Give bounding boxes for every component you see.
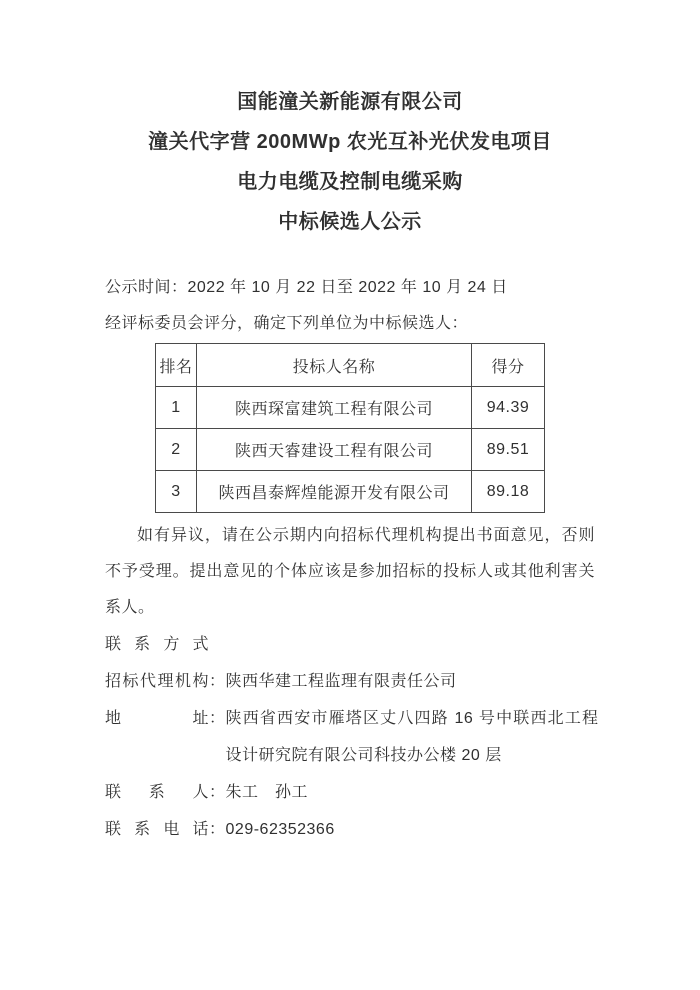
- cell-rank: 1: [156, 387, 197, 429]
- header-bidder-name: 投标人名称: [197, 344, 472, 387]
- contact-section: 联系方式 招标代理机构：陕西华建工程监理有限责任公司 地址：陕西省西安市雁塔区丈…: [105, 626, 595, 848]
- phone-row: 联系电话：029-62352366: [105, 811, 595, 848]
- address-value: 陕西省西安市雁塔区丈八四路 16 号中联西北工程设计研究院有限公司科技办公楼 2…: [226, 700, 599, 774]
- agency-value: 陕西华建工程监理有限责任公司: [226, 663, 457, 700]
- header-score: 得分: [472, 344, 545, 387]
- table-row: 2 陕西天睿建设工程有限公司 89.51: [156, 429, 545, 471]
- label-colon: ：: [209, 663, 226, 700]
- agency-row: 招标代理机构：陕西华建工程监理有限责任公司: [105, 663, 595, 700]
- label-colon: ：: [209, 774, 226, 811]
- cell-score: 89.51: [472, 429, 545, 471]
- phone-value: 029-62352366: [226, 811, 335, 848]
- agency-label: 招标代理机构: [105, 663, 209, 700]
- address-row: 地址：陕西省西安市雁塔区丈八四路 16 号中联西北工程设计研究院有限公司科技办公…: [105, 700, 595, 774]
- objection-paragraph: 如有异议，请在公示期内向招标代理机构提出书面意见，否则不予受理。提出意见的个体应…: [105, 518, 595, 626]
- contact-heading-row: 联系方式: [105, 626, 595, 663]
- phone-label: 联系电话: [105, 811, 209, 848]
- cell-rank: 2: [156, 429, 197, 471]
- cell-bidder: 陕西琛富建筑工程有限公司: [197, 387, 472, 429]
- label-colon: ：: [209, 700, 226, 737]
- intro-line: 经评标委员会评分，确定下列单位为中标候选人：: [105, 306, 595, 342]
- table-row: 1 陕西琛富建筑工程有限公司 94.39: [156, 387, 545, 429]
- document-body: 公示时间：2022 年 10 月 22 日至 2022 年 10 月 24 日 …: [105, 270, 595, 848]
- document-page: 国能潼关新能源有限公司 潼关代字营 200MWp 农光互补光伏发电项目 电力电缆…: [0, 0, 700, 990]
- cell-bidder: 陕西天睿建设工程有限公司: [197, 429, 472, 471]
- table-header-row: 排名 投标人名称 得分: [156, 344, 545, 387]
- bid-results-table: 排名 投标人名称 得分 1 陕西琛富建筑工程有限公司 94.39 2 陕西天睿建…: [155, 343, 545, 513]
- cell-score: 94.39: [472, 387, 545, 429]
- header-rank: 排名: [156, 344, 197, 387]
- publicity-period-line: 公示时间：2022 年 10 月 22 日至 2022 年 10 月 24 日: [105, 270, 595, 306]
- person-label: 联系人: [105, 774, 209, 811]
- title-notice-type: 中标候选人公示: [0, 202, 700, 242]
- document-title-block: 国能潼关新能源有限公司 潼关代字营 200MWp 农光互补光伏发电项目 电力电缆…: [0, 0, 700, 242]
- cell-rank: 3: [156, 471, 197, 513]
- title-project: 潼关代字营 200MWp 农光互补光伏发电项目: [0, 122, 700, 162]
- table-row: 3 陕西昌泰辉煌能源开发有限公司 89.18: [156, 471, 545, 513]
- cell-bidder: 陕西昌泰辉煌能源开发有限公司: [197, 471, 472, 513]
- person-value: 朱工 孙工: [226, 774, 309, 811]
- title-company: 国能潼关新能源有限公司: [0, 82, 700, 122]
- contact-heading: 联系方式: [105, 626, 209, 663]
- title-procurement: 电力电缆及控制电缆采购: [0, 162, 700, 202]
- cell-score: 89.18: [472, 471, 545, 513]
- address-label: 地址: [105, 700, 209, 737]
- person-row: 联系人：朱工 孙工: [105, 774, 595, 811]
- label-colon: ：: [209, 811, 226, 848]
